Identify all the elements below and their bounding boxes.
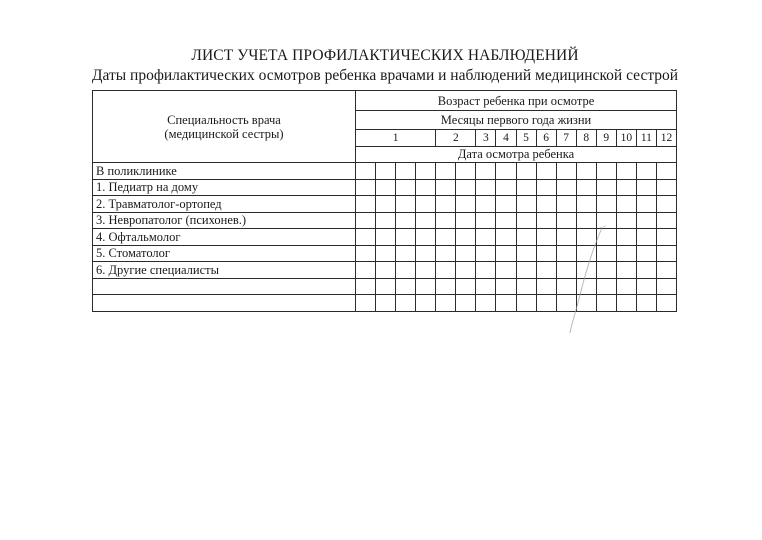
- date-cell[interactable]: [476, 278, 496, 295]
- date-cell[interactable]: [516, 278, 536, 295]
- specialty-label: 3. Невропатолог (психонев.): [93, 212, 356, 229]
- header-row-age: Специальность врача (медицинской сестры)…: [93, 91, 677, 111]
- table-row: 5. Стоматолог: [93, 245, 677, 262]
- date-cell[interactable]: [356, 278, 376, 295]
- date-cell[interactable]: [376, 229, 396, 246]
- date-cell[interactable]: [596, 179, 616, 196]
- date-cell[interactable]: [576, 163, 596, 180]
- date-cell[interactable]: [416, 245, 436, 262]
- date-cell[interactable]: [436, 278, 456, 295]
- date-cell[interactable]: [656, 262, 676, 279]
- date-cell[interactable]: [536, 163, 556, 180]
- date-cell[interactable]: [636, 196, 656, 213]
- date-cell[interactable]: [416, 196, 436, 213]
- date-cell[interactable]: [356, 262, 376, 279]
- month-cell: 8: [576, 130, 596, 147]
- document-subtitle: Даты профилактических осмотров ребенка в…: [0, 67, 762, 85]
- date-cell[interactable]: [396, 245, 416, 262]
- date-cell[interactable]: [416, 295, 436, 312]
- date-cell[interactable]: [496, 179, 516, 196]
- date-cell[interactable]: [456, 295, 476, 312]
- date-cell[interactable]: [396, 179, 416, 196]
- date-cell[interactable]: [556, 163, 576, 180]
- specialty-label: 1. Педиатр на дому: [93, 179, 356, 196]
- date-cell[interactable]: [436, 229, 456, 246]
- table-row: 6. Другие специалисты: [93, 262, 677, 279]
- date-cell[interactable]: [556, 262, 576, 279]
- month-cell: 9: [596, 130, 616, 147]
- specialty-label: [93, 295, 356, 312]
- date-cell[interactable]: [396, 229, 416, 246]
- date-cell[interactable]: [516, 179, 536, 196]
- date-cell[interactable]: [496, 262, 516, 279]
- date-cell[interactable]: [476, 163, 496, 180]
- date-cell[interactable]: [476, 229, 496, 246]
- specialty-label: [93, 278, 356, 295]
- date-cell[interactable]: [656, 179, 676, 196]
- month-cell: 11: [636, 130, 656, 147]
- table-row: [93, 278, 677, 295]
- date-cell[interactable]: [556, 245, 576, 262]
- date-cell[interactable]: [376, 262, 396, 279]
- date-cell[interactable]: [436, 245, 456, 262]
- date-cell[interactable]: [416, 262, 436, 279]
- date-cell[interactable]: [496, 295, 516, 312]
- date-cell[interactable]: [576, 212, 596, 229]
- date-cell[interactable]: [476, 245, 496, 262]
- date-cell[interactable]: [616, 245, 636, 262]
- specialty-header: Специальность врача (медицинской сестры): [93, 91, 356, 163]
- date-cell[interactable]: [356, 229, 376, 246]
- date-cell[interactable]: [596, 163, 616, 180]
- date-cell[interactable]: [476, 196, 496, 213]
- date-cell[interactable]: [376, 179, 396, 196]
- date-cell[interactable]: [496, 163, 516, 180]
- date-cell[interactable]: [576, 295, 596, 312]
- date-cell[interactable]: [376, 163, 396, 180]
- date-cell[interactable]: [556, 229, 576, 246]
- date-cell[interactable]: [516, 196, 536, 213]
- date-cell[interactable]: [436, 163, 456, 180]
- date-cell[interactable]: [516, 212, 536, 229]
- date-cell[interactable]: [456, 163, 476, 180]
- date-cell[interactable]: [516, 245, 536, 262]
- date-cell[interactable]: [616, 196, 636, 213]
- month-cell: 2: [436, 130, 476, 147]
- date-cell[interactable]: [596, 278, 616, 295]
- date-cell[interactable]: [556, 196, 576, 213]
- date-cell[interactable]: [496, 278, 516, 295]
- date-cell[interactable]: [596, 229, 616, 246]
- date-cell[interactable]: [636, 295, 656, 312]
- month-cell: 7: [556, 130, 576, 147]
- date-cell[interactable]: [436, 295, 456, 312]
- date-cell[interactable]: [456, 212, 476, 229]
- date-cell[interactable]: [616, 179, 636, 196]
- date-cell[interactable]: [656, 278, 676, 295]
- date-cell[interactable]: [416, 163, 436, 180]
- date-cell[interactable]: [636, 229, 656, 246]
- date-cell[interactable]: [516, 163, 536, 180]
- date-cell[interactable]: [456, 196, 476, 213]
- date-header: Дата осмотра ребенка: [356, 146, 677, 163]
- date-cell[interactable]: [376, 278, 396, 295]
- month-cell: 12: [656, 130, 676, 147]
- date-cell[interactable]: [456, 245, 476, 262]
- date-cell[interactable]: [556, 278, 576, 295]
- specialty-header-line2: (медицинской сестры): [164, 127, 283, 141]
- date-cell[interactable]: [616, 229, 636, 246]
- date-cell[interactable]: [576, 262, 596, 279]
- date-cell[interactable]: [536, 262, 556, 279]
- date-cell[interactable]: [516, 229, 536, 246]
- date-cell[interactable]: [416, 179, 436, 196]
- table-row: 1. Педиатр на дому: [93, 179, 677, 196]
- date-cell[interactable]: [656, 245, 676, 262]
- date-cell[interactable]: [656, 212, 676, 229]
- date-cell[interactable]: [516, 262, 536, 279]
- date-cell[interactable]: [496, 212, 516, 229]
- observation-table: Специальность врача (медицинской сестры)…: [92, 90, 677, 312]
- date-cell[interactable]: [636, 163, 656, 180]
- month-cell: 3: [476, 130, 496, 147]
- date-cell[interactable]: [396, 212, 416, 229]
- date-cell[interactable]: [356, 295, 376, 312]
- month-cell: 10: [616, 130, 636, 147]
- date-cell[interactable]: [576, 278, 596, 295]
- date-cell[interactable]: [436, 212, 456, 229]
- date-cell[interactable]: [576, 196, 596, 213]
- date-cell[interactable]: [656, 196, 676, 213]
- specialty-header-line1: Специальность врача: [167, 113, 281, 127]
- date-cell[interactable]: [596, 212, 616, 229]
- table-row: 3. Невропатолог (психонев.): [93, 212, 677, 229]
- date-cell[interactable]: [536, 278, 556, 295]
- specialty-label: 4. Офтальмолог: [93, 229, 356, 246]
- date-cell[interactable]: [356, 163, 376, 180]
- date-cell[interactable]: [496, 245, 516, 262]
- date-cell[interactable]: [536, 212, 556, 229]
- date-cell[interactable]: [616, 212, 636, 229]
- date-cell[interactable]: [616, 278, 636, 295]
- date-cell[interactable]: [556, 212, 576, 229]
- month-cell: 1: [356, 130, 436, 147]
- date-cell[interactable]: [536, 229, 556, 246]
- date-cell[interactable]: [496, 229, 516, 246]
- date-cell[interactable]: [576, 245, 596, 262]
- document-title: ЛИСТ УЧЕТА ПРОФИЛАКТИЧЕСКИХ НАБЛЮДЕНИЙ: [0, 47, 762, 65]
- date-cell[interactable]: [636, 212, 656, 229]
- date-cell[interactable]: [436, 262, 456, 279]
- date-cell[interactable]: [576, 229, 596, 246]
- specialty-label: В поликлинике: [93, 163, 356, 180]
- date-cell[interactable]: [476, 212, 496, 229]
- date-cell[interactable]: [636, 245, 656, 262]
- date-cell[interactable]: [396, 163, 416, 180]
- date-cell[interactable]: [396, 295, 416, 312]
- date-cell[interactable]: [456, 229, 476, 246]
- date-cell[interactable]: [396, 196, 416, 213]
- date-cell[interactable]: [536, 179, 556, 196]
- age-header: Возраст ребенка при осмотре: [356, 91, 677, 111]
- month-cell: 4: [496, 130, 516, 147]
- date-cell[interactable]: [656, 163, 676, 180]
- date-cell[interactable]: [356, 196, 376, 213]
- date-cell[interactable]: [476, 295, 496, 312]
- date-cell[interactable]: [356, 245, 376, 262]
- date-cell[interactable]: [616, 262, 636, 279]
- date-cell[interactable]: [616, 163, 636, 180]
- date-cell[interactable]: [376, 196, 396, 213]
- date-cell[interactable]: [636, 262, 656, 279]
- date-cell[interactable]: [416, 212, 436, 229]
- date-cell[interactable]: [496, 196, 516, 213]
- months-header: Месяцы первого года жизни: [356, 111, 677, 130]
- date-cell[interactable]: [456, 262, 476, 279]
- date-cell[interactable]: [536, 245, 556, 262]
- month-cell: 6: [536, 130, 556, 147]
- date-cell[interactable]: [376, 212, 396, 229]
- date-cell[interactable]: [616, 295, 636, 312]
- date-cell[interactable]: [536, 295, 556, 312]
- date-cell[interactable]: [596, 295, 616, 312]
- specialty-label: 5. Стоматолог: [93, 245, 356, 262]
- date-cell[interactable]: [416, 278, 436, 295]
- date-cell[interactable]: [396, 262, 416, 279]
- date-cell[interactable]: [596, 196, 616, 213]
- month-cell: 5: [516, 130, 536, 147]
- date-cell[interactable]: [576, 179, 596, 196]
- date-cell[interactable]: [436, 179, 456, 196]
- date-cell[interactable]: [416, 229, 436, 246]
- date-cell[interactable]: [556, 295, 576, 312]
- date-cell[interactable]: [536, 196, 556, 213]
- date-cell[interactable]: [636, 179, 656, 196]
- date-cell[interactable]: [476, 179, 496, 196]
- date-cell[interactable]: [436, 196, 456, 213]
- date-cell[interactable]: [456, 179, 476, 196]
- date-cell[interactable]: [556, 179, 576, 196]
- date-cell[interactable]: [476, 262, 496, 279]
- date-cell[interactable]: [456, 278, 476, 295]
- date-cell[interactable]: [656, 229, 676, 246]
- table-row: 2. Травматолог-ортопед: [93, 196, 677, 213]
- table-row: В поликлинике: [93, 163, 677, 180]
- date-cell[interactable]: [596, 262, 616, 279]
- date-cell[interactable]: [396, 278, 416, 295]
- specialty-label: 2. Травматолог-ортопед: [93, 196, 356, 213]
- table-row: 4. Офтальмолог: [93, 229, 677, 246]
- table-row: [93, 295, 677, 312]
- date-cell[interactable]: [376, 295, 396, 312]
- date-cell[interactable]: [636, 278, 656, 295]
- date-cell[interactable]: [356, 179, 376, 196]
- date-cell[interactable]: [516, 295, 536, 312]
- date-cell[interactable]: [596, 245, 616, 262]
- date-cell[interactable]: [376, 245, 396, 262]
- date-cell[interactable]: [656, 295, 676, 312]
- specialty-label: 6. Другие специалисты: [93, 262, 356, 279]
- date-cell[interactable]: [356, 212, 376, 229]
